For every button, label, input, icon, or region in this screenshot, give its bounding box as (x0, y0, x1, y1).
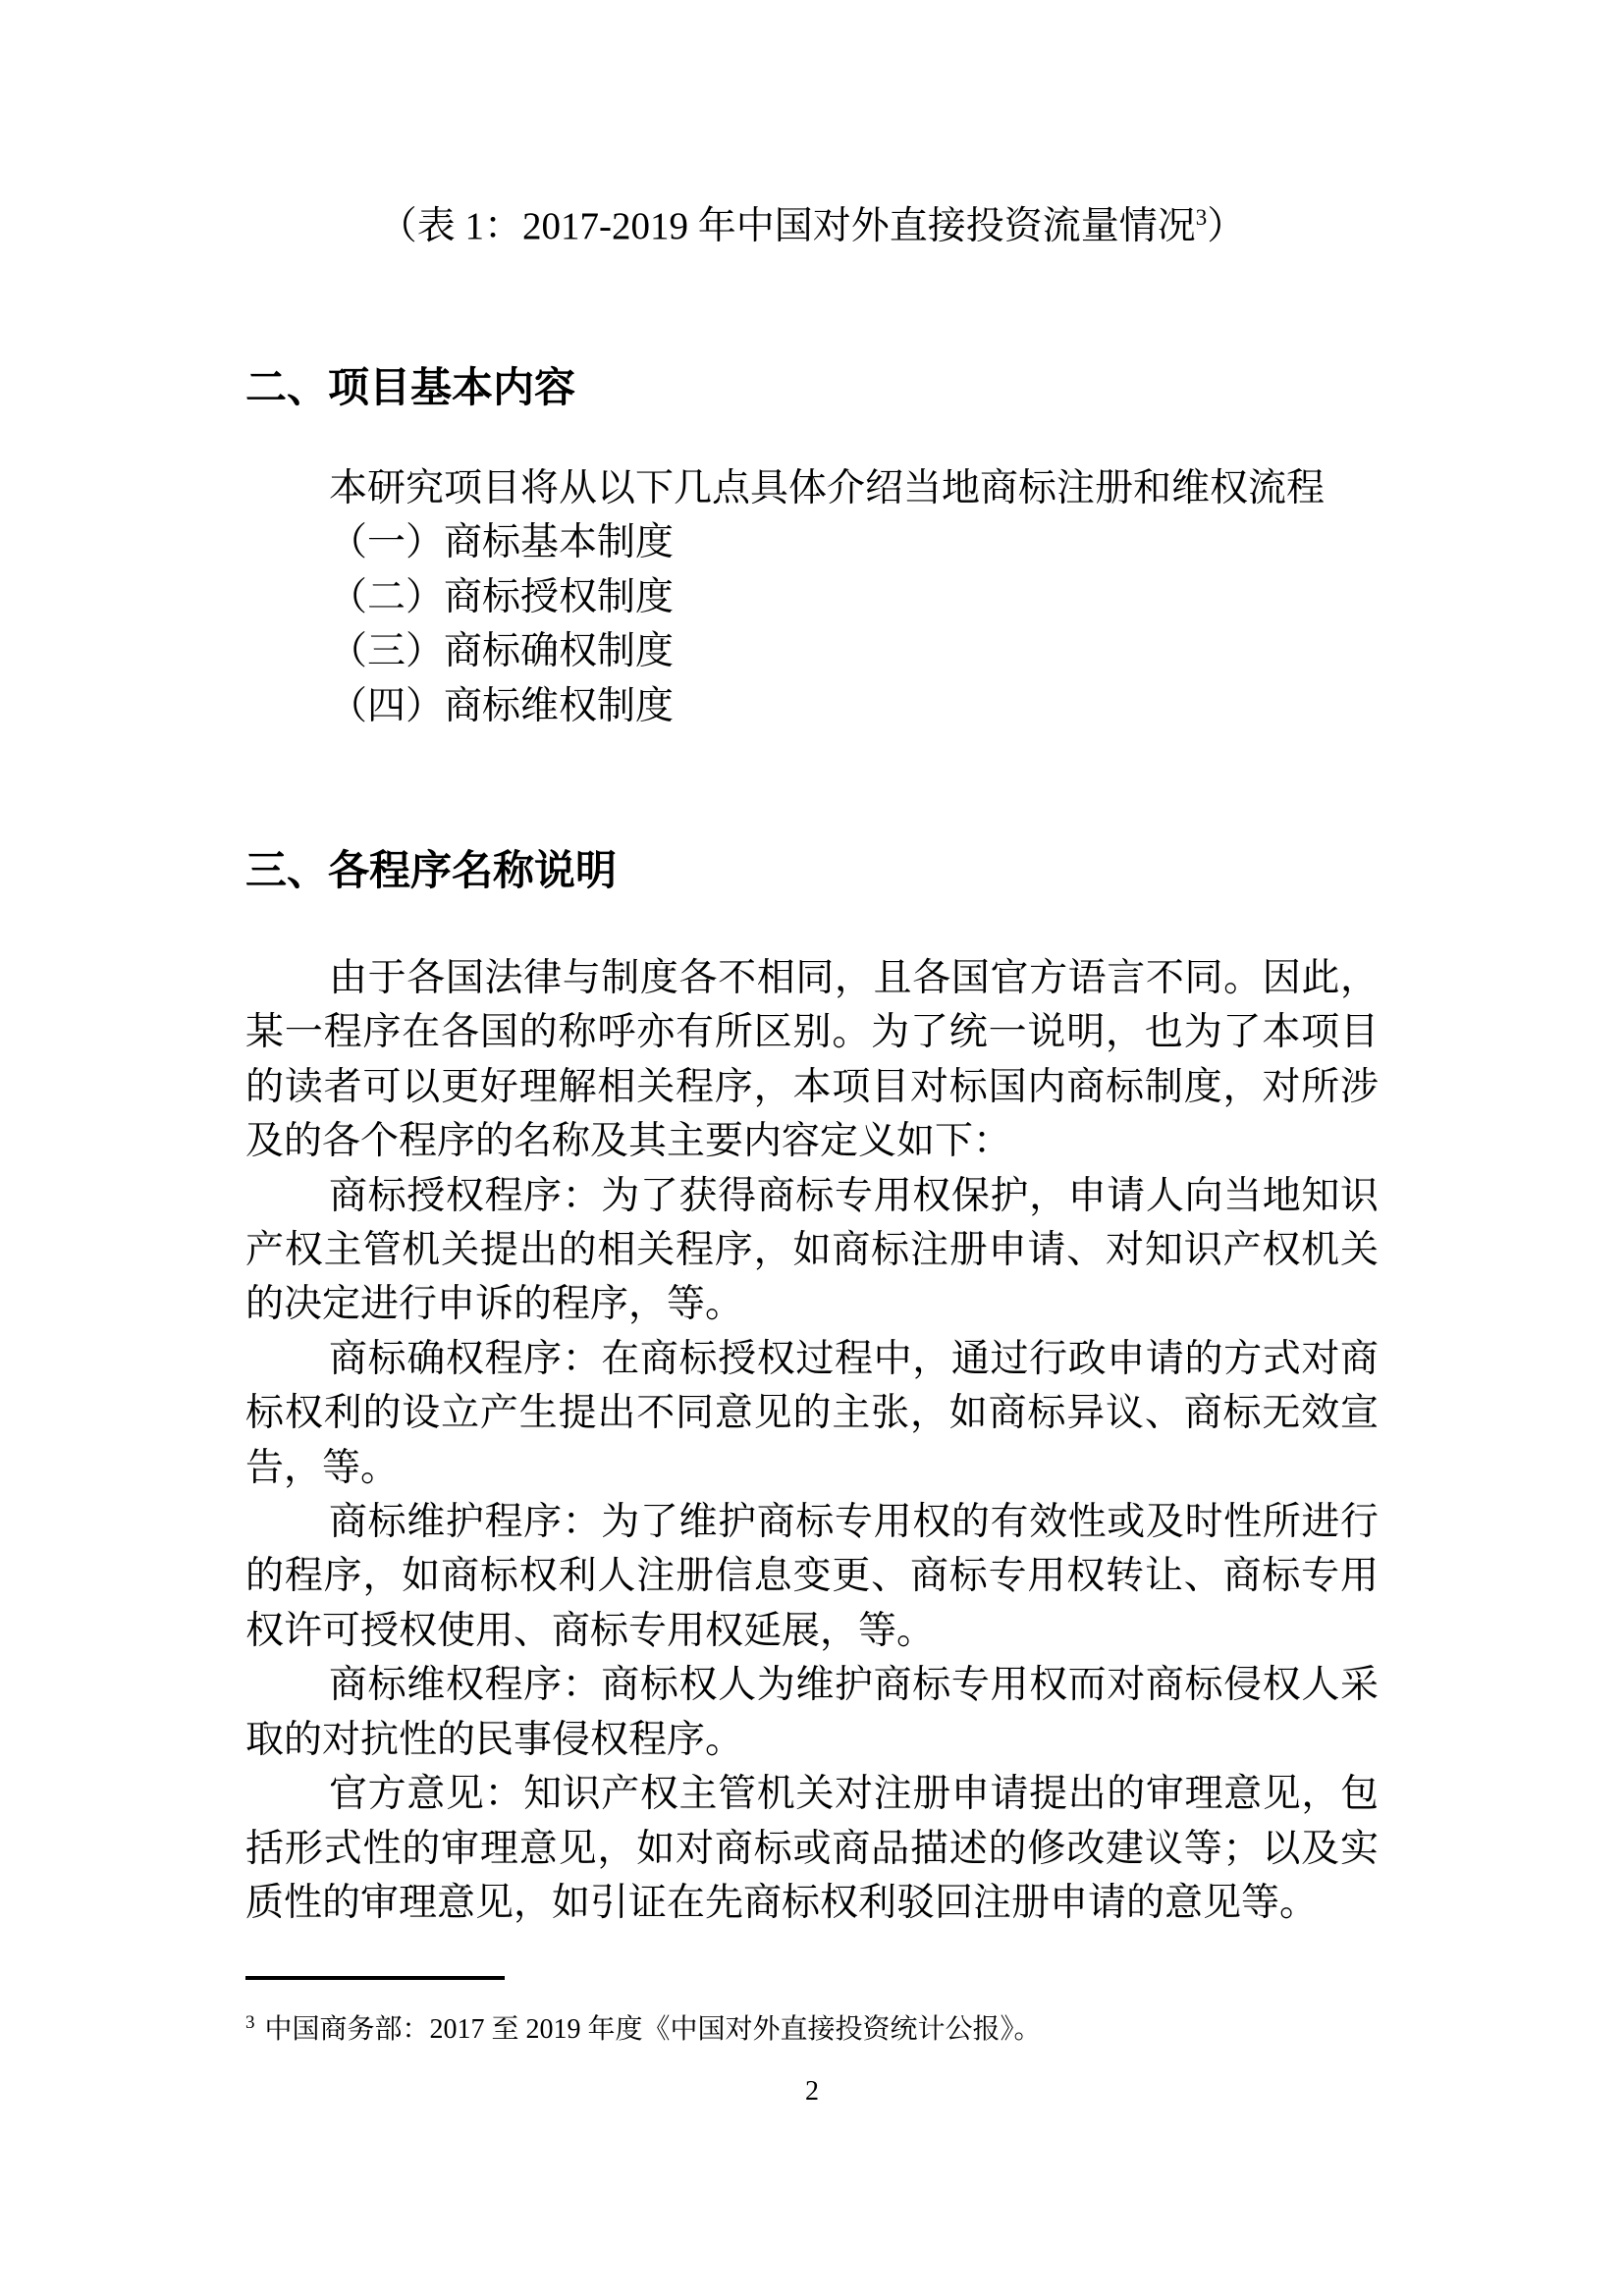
list-item-trademark-confirmation-system: （三）商标确权制度 (245, 624, 1379, 678)
section-intro: 本研究项目将从以下几点具体介绍当地商标注册和维权流程 (245, 461, 1379, 515)
table-caption-text: （表 1：2017-2019 年中国对外直接投资流量情况 (379, 205, 1196, 247)
body-paragraph-official-opinion: 官方意见：知识产权主管机关对注册申请提出的审理意见，包括形式性的审理意见，如对商… (245, 1767, 1379, 1930)
section-heading-procedure-names: 三、各程序名称说明 (245, 845, 1379, 899)
section-heading-basic-content: 二、项目基本内容 (245, 362, 1379, 416)
section-procedure-names-body: 由于各国法律与制度各不相同，且各国官方语言不同。因此，某一程序在各国的称呼亦有所… (245, 951, 1379, 1931)
footnote: 3中国商务部：2017 至 2019 年度《中国对外直接投资统计公报》。 (245, 2010, 1379, 2050)
body-paragraph-confirmation-procedure: 商标确权程序：在商标授权过程中，通过行政申请的方式对商标权利的设立产生提出不同意… (245, 1332, 1379, 1495)
body-paragraph-enforcement-procedure: 商标维权程序：商标权人为维护商标专用权而对商标侵权人采取的对抗性的民事侵权程序。 (245, 1658, 1379, 1767)
document-page: （表 1：2017-2019 年中国对外直接投资流量情况3） 二、项目基本内容 … (0, 0, 1624, 2296)
table-caption: （表 1：2017-2019 年中国对外直接投资流量情况3） (245, 199, 1379, 253)
body-paragraph-overview: 由于各国法律与制度各不相同，且各国官方语言不同。因此，某一程序在各国的称呼亦有所… (245, 951, 1379, 1169)
section-basic-content-body: 本研究项目将从以下几点具体介绍当地商标注册和维权流程 （一）商标基本制度 （二）… (245, 461, 1379, 733)
table-caption-close: ） (1207, 205, 1245, 247)
page-number: 2 (245, 2074, 1379, 2109)
body-paragraph-maintenance-procedure: 商标维护程序：为了维护商标专用权的有效性或及时性所进行的程序，如商标权利人注册信… (245, 1495, 1379, 1658)
footnote-text: 中国商务部：2017 至 2019 年度《中国对外直接投资统计公报》。 (265, 2014, 1042, 2045)
list-item-trademark-authorization-system: （二）商标授权制度 (245, 570, 1379, 624)
footnote-separator (245, 1976, 505, 1980)
list-item-trademark-basic-system: （一）商标基本制度 (245, 515, 1379, 569)
list-item-trademark-enforcement-system: （四）商标维权制度 (245, 679, 1379, 733)
body-paragraph-authorization-procedure: 商标授权程序：为了获得商标专用权保护，申请人向当地知识产权主管机关提出的相关程序… (245, 1169, 1379, 1332)
footnote-marker: 3 (245, 2012, 255, 2033)
caption-footnote-ref: 3 (1196, 205, 1208, 230)
